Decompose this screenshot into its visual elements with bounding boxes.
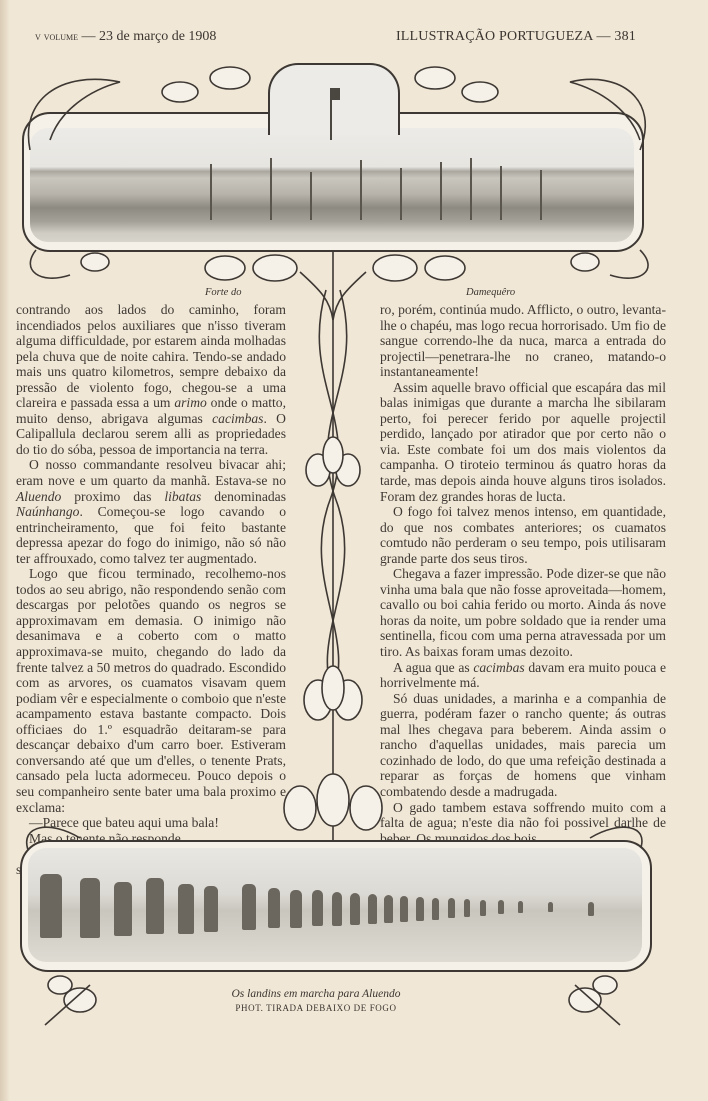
article-paragraph: —Parece que bateu aqui uma bala! bbox=[16, 815, 286, 831]
running-header: v volume — 23 de março de 1908 ILLUSTRAÇ… bbox=[0, 29, 708, 49]
publication-title: ILLUSTRAÇÃO PORTUGUEZA bbox=[396, 29, 593, 44]
article-paragraph: Assim aquelle bravo official que escapár… bbox=[380, 380, 666, 504]
fort-photograph bbox=[30, 128, 634, 242]
header-publication: ILLUSTRAÇÃO PORTUGUEZA — 381 bbox=[396, 29, 636, 45]
marching-troops-photograph bbox=[28, 848, 642, 962]
header-volume-date: v volume — 23 de março de 1908 bbox=[35, 29, 216, 45]
article-paragraph: O fogo foi talvez menos intenso, em quan… bbox=[380, 504, 666, 566]
article-paragraph: Chegava a fazer impressão. Pode dizer-se… bbox=[380, 566, 666, 659]
volume-label: v volume bbox=[35, 29, 78, 43]
article-paragraph: Só duas unidades, a marinha e a companhi… bbox=[380, 691, 666, 800]
article-paragraph: Logo que ficou terminado, recolhemo-nos … bbox=[16, 566, 286, 815]
page-number: 381 bbox=[614, 29, 636, 44]
top-figure-caption-left: Forte do bbox=[205, 287, 241, 298]
article-column-right: ro, porém, continúa mudo. Afflicto, o ou… bbox=[380, 302, 666, 846]
article-column-left: contrando aos lados do caminho, foram in… bbox=[16, 302, 286, 877]
bottom-figure-title: Os landins em marcha para Aluendo bbox=[0, 988, 670, 1000]
page-separator: — bbox=[593, 29, 615, 44]
article-paragraph: O nosso commandante resolveu bivacar ahi… bbox=[16, 457, 286, 566]
article-paragraph: contrando aos lados do caminho, foram in… bbox=[16, 302, 286, 457]
article-paragraph: A agua que as cacimbas davam era muito p… bbox=[380, 660, 666, 691]
article-paragraph: ro, porém, continúa mudo. Afflicto, o ou… bbox=[380, 302, 666, 380]
bottom-figure-credit: PHOT. TIRADA DEBAIXO DE FOGO bbox=[0, 1003, 670, 1013]
issue-date: — 23 de março de 1908 bbox=[82, 29, 217, 44]
top-figure-caption-right: Damequêro bbox=[466, 287, 515, 298]
page-gutter-shadow bbox=[0, 0, 10, 1101]
flag-icon bbox=[332, 88, 340, 100]
